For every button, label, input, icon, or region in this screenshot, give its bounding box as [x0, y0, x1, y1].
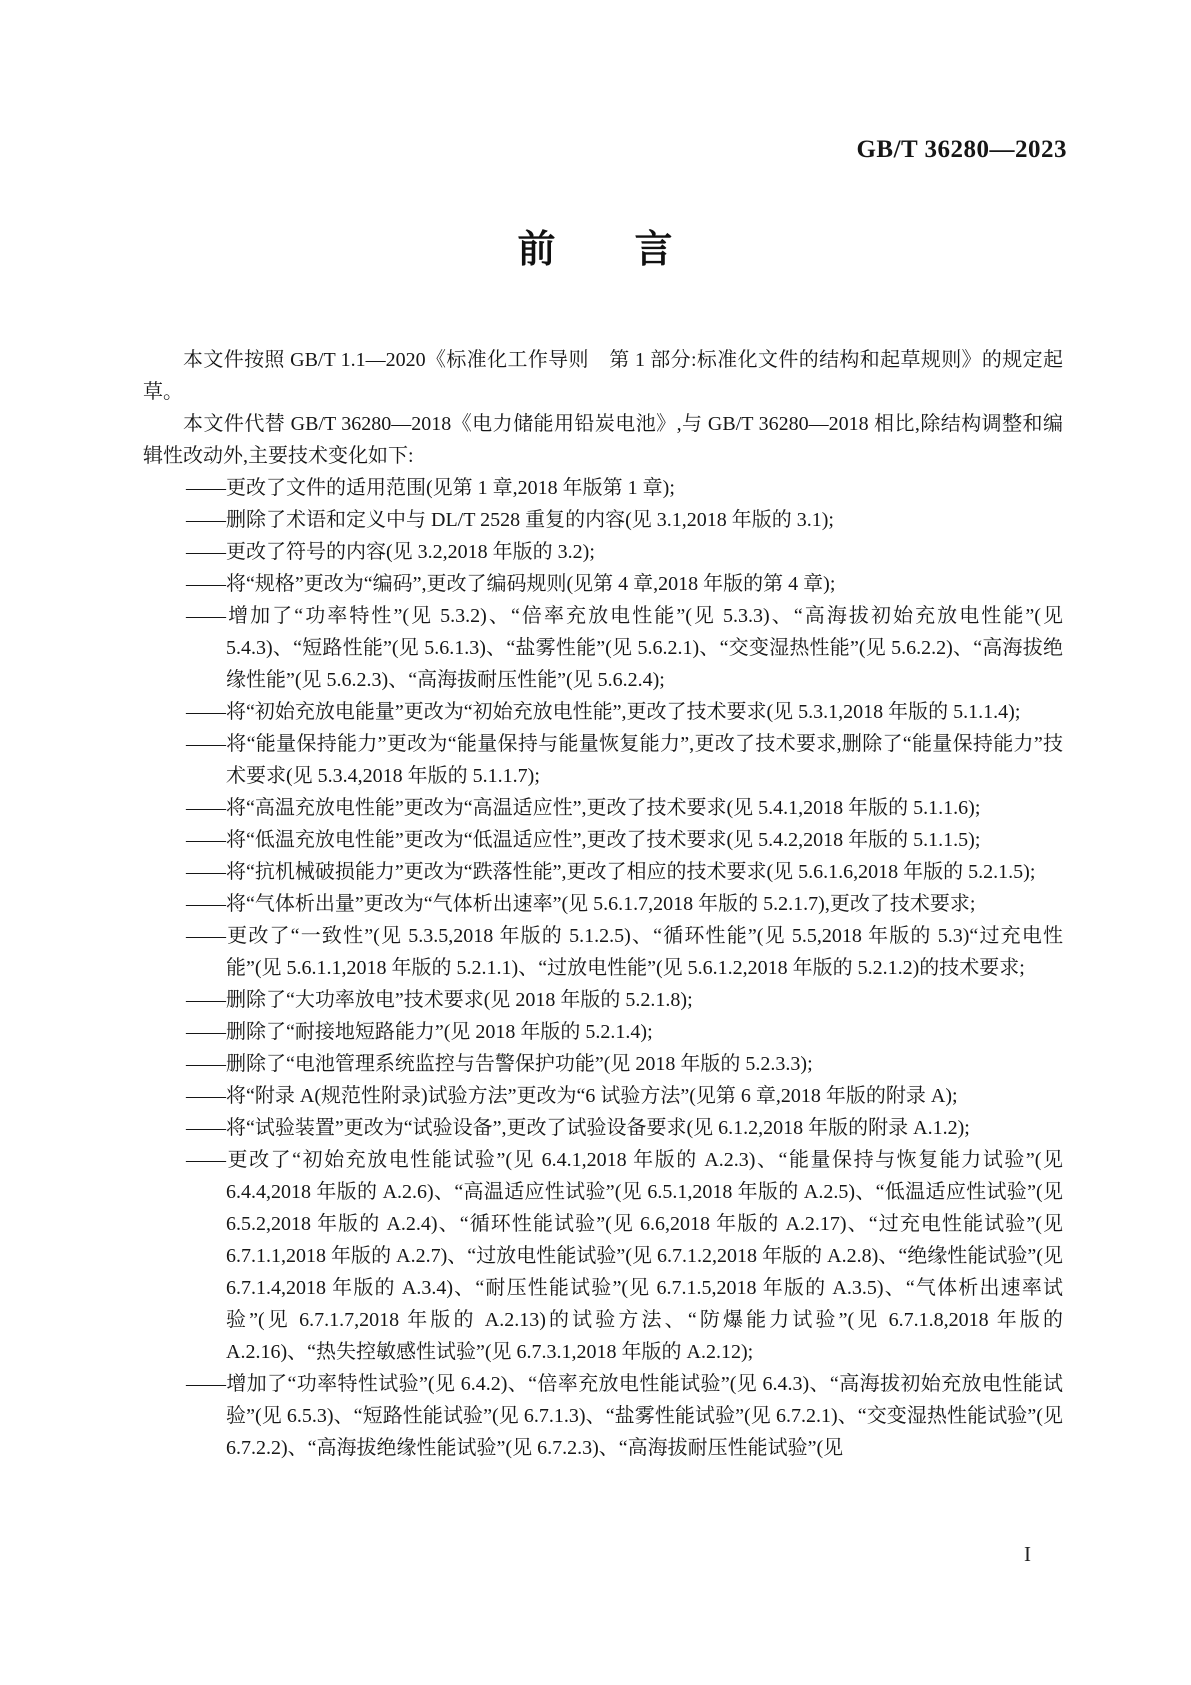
- change-list-item: ——将“初始充放电能量”更改为“初始充放电性能”,更改了技术要求(见 5.3.1…: [143, 696, 1063, 728]
- list-item-text: 将“初始充放电能量”更改为“初始充放电性能”,更改了技术要求(见 5.3.1,2…: [226, 701, 1020, 723]
- change-list-item: ——更改了符号的内容(见 3.2,2018 年版的 3.2);: [143, 536, 1063, 568]
- change-list-item: ——删除了“耐接地短路能力”(见 2018 年版的 5.2.1.4);: [143, 1016, 1063, 1048]
- list-item-dash: ——: [186, 861, 226, 883]
- change-list-item: ——将“规格”更改为“编码”,更改了编码规则(见第 4 章,2018 年版的第 …: [143, 568, 1063, 600]
- list-item-text: 将“能量保持能力”更改为“能量保持与能量恢复能力”,更改了技术要求,删除了“能量…: [226, 733, 1063, 787]
- list-item-dash: ——: [186, 829, 226, 851]
- list-item-dash: ——: [186, 1117, 226, 1139]
- list-item-dash: ——: [186, 1053, 226, 1075]
- change-list-item: ——删除了术语和定义中与 DL/T 2528 重复的内容(见 3.1,2018 …: [143, 504, 1063, 536]
- list-item-dash: ——: [186, 541, 226, 563]
- change-list-item: ——将“能量保持能力”更改为“能量保持与能量恢复能力”,更改了技术要求,删除了“…: [143, 728, 1063, 792]
- list-item-dash: ——: [186, 573, 226, 595]
- page-number: I: [1024, 1542, 1031, 1567]
- list-item-text: 将“附录 A(规范性附录)试验方法”更改为“6 试验方法”(见第 6 章,201…: [226, 1085, 958, 1107]
- list-item-text: 增加了“功率特性”(见 5.3.2)、“倍率充放电性能”(见 5.3.3)、“高…: [226, 605, 1063, 691]
- list-item-dash: ——: [186, 605, 226, 627]
- foreword-paragraph: 本文件代替 GB/T 36280—2018《电力储能用铅炭电池》,与 GB/T …: [143, 408, 1063, 472]
- foreword-body: 本文件按照 GB/T 1.1—2020《标准化工作导则 第 1 部分:标准化文件…: [143, 344, 1063, 1464]
- list-item-dash: ——: [186, 1149, 226, 1171]
- list-item-dash: ——: [186, 701, 226, 723]
- list-item-dash: ——: [186, 477, 226, 499]
- list-item-text: 更改了文件的适用范围(见第 1 章,2018 年版第 1 章);: [226, 477, 675, 499]
- change-list-item: ——将“抗机械破损能力”更改为“跌落性能”,更改了相应的技术要求(见 5.6.1…: [143, 856, 1063, 888]
- change-list-item: ——增加了“功率特性试验”(见 6.4.2)、“倍率充放电性能试验”(见 6.4…: [143, 1368, 1063, 1464]
- list-item-text: 增加了“功率特性试验”(见 6.4.2)、“倍率充放电性能试验”(见 6.4.3…: [226, 1373, 1063, 1459]
- list-item-text: 删除了“电池管理系统监控与告警保护功能”(见 2018 年版的 5.2.3.3)…: [226, 1053, 813, 1075]
- list-item-dash: ——: [186, 893, 226, 915]
- change-list-item: ——更改了“初始充放电性能试验”(见 6.4.1,2018 年版的 A.2.3)…: [143, 1144, 1063, 1368]
- list-item-text: 更改了“初始充放电性能试验”(见 6.4.1,2018 年版的 A.2.3)、“…: [226, 1149, 1063, 1363]
- list-item-text: 将“规格”更改为“编码”,更改了编码规则(见第 4 章,2018 年版的第 4 …: [226, 573, 835, 595]
- list-item-text: 删除了“大功率放电”技术要求(见 2018 年版的 5.2.1.8);: [226, 989, 693, 1011]
- list-item-text: 删除了术语和定义中与 DL/T 2528 重复的内容(见 3.1,2018 年版…: [226, 509, 834, 531]
- change-list-item: ——将“试验装置”更改为“试验设备”,更改了试验设备要求(见 6.1.2,201…: [143, 1112, 1063, 1144]
- foreword-paragraph: 本文件按照 GB/T 1.1—2020《标准化工作导则 第 1 部分:标准化文件…: [143, 344, 1063, 408]
- change-list-item: ——删除了“大功率放电”技术要求(见 2018 年版的 5.2.1.8);: [143, 984, 1063, 1016]
- list-item-dash: ——: [186, 509, 226, 531]
- change-list-item: ——更改了文件的适用范围(见第 1 章,2018 年版第 1 章);: [143, 472, 1063, 504]
- change-list-item: ——将“附录 A(规范性附录)试验方法”更改为“6 试验方法”(见第 6 章,2…: [143, 1080, 1063, 1112]
- change-list: ——更改了文件的适用范围(见第 1 章,2018 年版第 1 章);——删除了术…: [143, 472, 1063, 1464]
- list-item-dash: ——: [186, 925, 226, 947]
- change-list-item: ——更改了“一致性”(见 5.3.5,2018 年版的 5.1.2.5)、“循环…: [143, 920, 1063, 984]
- list-item-text: 将“抗机械破损能力”更改为“跌落性能”,更改了相应的技术要求(见 5.6.1.6…: [226, 861, 1035, 883]
- list-item-text: 更改了“一致性”(见 5.3.5,2018 年版的 5.1.2.5)、“循环性能…: [226, 925, 1063, 979]
- list-item-dash: ——: [186, 1021, 226, 1043]
- change-list-item: ——将“低温充放电性能”更改为“低温适应性”,更改了技术要求(见 5.4.2,2…: [143, 824, 1063, 856]
- standard-code: GB/T 36280—2023: [856, 136, 1067, 164]
- list-item-text: 将“高温充放电性能”更改为“高温适应性”,更改了技术要求(见 5.4.1,201…: [226, 797, 980, 819]
- change-list-item: ——增加了“功率特性”(见 5.3.2)、“倍率充放电性能”(见 5.3.3)、…: [143, 600, 1063, 696]
- list-item-text: 删除了“耐接地短路能力”(见 2018 年版的 5.2.1.4);: [226, 1021, 653, 1043]
- change-list-item: ——删除了“电池管理系统监控与告警保护功能”(见 2018 年版的 5.2.3.…: [143, 1048, 1063, 1080]
- page-title: 前 言: [0, 218, 1191, 273]
- list-item-dash: ——: [186, 1373, 226, 1395]
- list-item-text: 将“气体析出量”更改为“气体析出速率”(见 5.6.1.7,2018 年版的 5…: [226, 893, 975, 915]
- change-list-item: ——将“气体析出量”更改为“气体析出速率”(见 5.6.1.7,2018 年版的…: [143, 888, 1063, 920]
- list-item-dash: ——: [186, 1085, 226, 1107]
- list-item-text: 更改了符号的内容(见 3.2,2018 年版的 3.2);: [226, 541, 595, 563]
- list-item-dash: ——: [186, 989, 226, 1011]
- list-item-text: 将“低温充放电性能”更改为“低温适应性”,更改了技术要求(见 5.4.2,201…: [226, 829, 980, 851]
- list-item-dash: ——: [186, 797, 226, 819]
- list-item-dash: ——: [186, 733, 226, 755]
- list-item-text: 将“试验装置”更改为“试验设备”,更改了试验设备要求(见 6.1.2,2018 …: [226, 1117, 970, 1139]
- document-page: GB/T 36280—2023 前 言 本文件按照 GB/T 1.1—2020《…: [0, 0, 1191, 1685]
- change-list-item: ——将“高温充放电性能”更改为“高温适应性”,更改了技术要求(见 5.4.1,2…: [143, 792, 1063, 824]
